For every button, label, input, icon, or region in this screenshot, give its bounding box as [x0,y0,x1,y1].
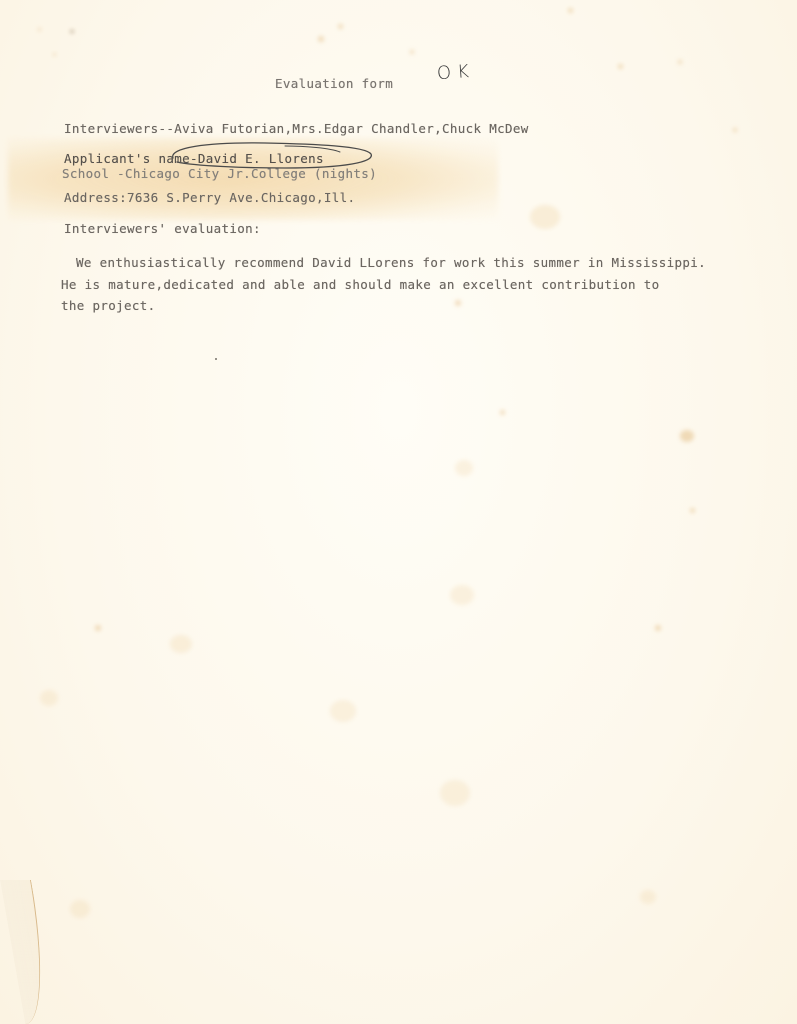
foxing-spot [70,900,90,918]
foxing-spot [530,205,560,229]
foxing-spot [38,28,41,31]
foxing-spot [40,690,58,706]
foxing-spot [690,508,695,513]
foxing-spot [95,625,101,631]
stray-mark [215,358,217,360]
foxing-spot [318,36,324,42]
foxing-spot [450,585,474,605]
applicant-name-line: Applicant's name-David E. Llorens [64,151,324,166]
handwritten-ok-mark: OK [436,61,475,85]
evaluation-body-line-3: the project. [61,298,156,313]
foxing-spot [618,64,623,69]
foxing-spot [680,430,694,442]
foxing-spot [500,410,505,415]
foxing-spot [655,625,661,631]
evaluation-heading: Interviewers' evaluation: [64,221,261,236]
interviewers-line: Interviewers--Aviva Futorian,Mrs.Edgar C… [64,121,529,136]
foxing-spot [338,24,343,29]
evaluation-body-line-2: He is mature,dedicated and able and shou… [61,277,660,292]
foxing-spot [733,128,737,132]
foxing-spot [455,460,473,476]
foxing-spot [640,890,656,904]
foxing-spot [678,60,682,64]
foxing-spot [410,50,414,54]
foxing-spot [440,780,470,806]
foxing-spot [568,8,573,13]
evaluation-body-line-1: We enthusiastically recommend David LLor… [76,255,706,270]
address-line: Address:7636 S.Perry Ave.Chicago,Ill. [64,190,355,205]
document-title: Evaluation form [275,76,393,91]
foxing-spot [330,700,356,722]
foxing-spot [53,53,56,56]
foxing-spot [170,635,192,653]
school-line: School -Chicago City Jr.College (nights) [62,166,377,181]
foxing-spot [70,30,74,33]
foxing-spot [455,300,461,306]
